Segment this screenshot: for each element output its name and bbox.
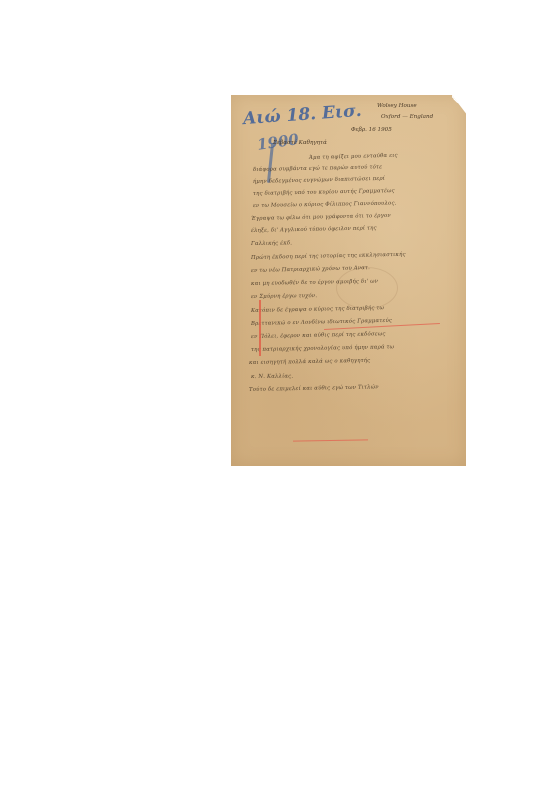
letter-line: Άμα τη αφίξει μου ενταύθα εις bbox=[309, 153, 398, 161]
letter-line: εν Πόλει, έφερον και αύθις περί της εκδό… bbox=[251, 331, 386, 340]
archival-annotation: Αιώ 18. Εισ. bbox=[242, 101, 362, 129]
letter-line: εν τω νέω Πατριαρχικώ χρόνω του Ανατ. bbox=[251, 265, 370, 274]
letter-line: Έγραψα τω φίλω ότι μου γράφοντα ότι το έ… bbox=[251, 213, 391, 222]
letter-line: της πατριαρχικής χρονολογίας υπό ήμην πα… bbox=[251, 344, 394, 353]
letterhead-city: Oxford — England bbox=[381, 114, 433, 120]
letter-line: Πρώτη έκδοση περί της ιστορίας της εκκλη… bbox=[251, 252, 406, 261]
letter-line: της διατριβής υπό του κυρίου αυτής Γραμμ… bbox=[253, 188, 395, 197]
letter-line: ήμην δεδεγμένος ευγνώμων διαπιστώσει περ… bbox=[253, 176, 385, 185]
letter-line: εν Σμύρνη έργω τυχόν. bbox=[251, 293, 317, 300]
letterhead-house: Wolsey House bbox=[377, 103, 417, 109]
paper-watermark bbox=[336, 267, 398, 309]
letter-date: Φεβρ. 16 1905 bbox=[351, 127, 392, 133]
red-margin-line bbox=[259, 300, 261, 356]
letter-line: εν τω Μουσείω ο κύριος Φίλιππος Γιαννόπο… bbox=[253, 200, 397, 209]
letter-line: Τούτο δε επιμελεί και αύθις εγώ των Τιτλ… bbox=[249, 384, 379, 393]
salutation: Σεβαστέ Καθηγητά bbox=[273, 140, 327, 146]
letter-page: Αιώ 18. Εισ. 1900 Wolsey House Oxford — … bbox=[231, 95, 466, 466]
letter-line: και μη ευοδωθέν δε το έργον αμοιβής δι' … bbox=[251, 279, 378, 287]
letter-line: και εισηγητή πολλά καλά ως ο καθηγητής bbox=[249, 358, 370, 366]
letter-line: διάφορα συμβάντα εγώ τε παρών αυτού τότε bbox=[253, 164, 382, 173]
letter-line: κ. Ν. Καλλίας. bbox=[251, 374, 293, 380]
letter-line: Γαλλικής έκδ. bbox=[251, 240, 292, 247]
letter-line: έληξε, δι' Αγγλικού τύπου όφειλον περί τ… bbox=[251, 225, 377, 234]
red-underline bbox=[293, 439, 368, 442]
torn-corner bbox=[452, 95, 466, 114]
letter-line: Κατόπιν δε έγραψα ο κύριος της διατριβής… bbox=[251, 305, 384, 314]
